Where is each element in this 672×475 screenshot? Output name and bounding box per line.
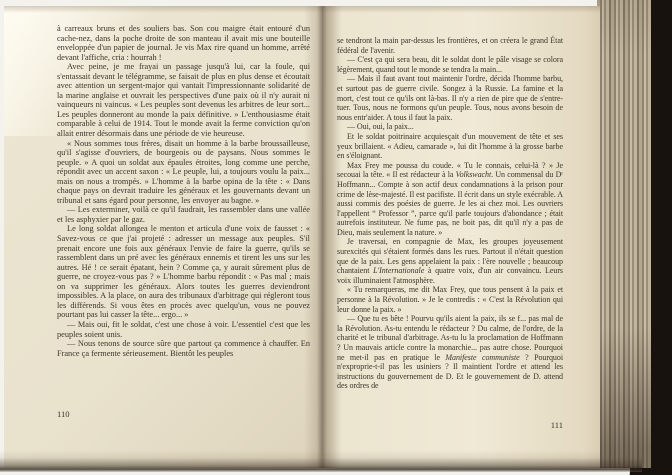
right-page-text: se tendront la main par-dessus les front… — [337, 36, 563, 391]
text-segment: — Oui, oui, la paix... — [347, 122, 414, 131]
text-segment: — Les exterminer, voilà ce qu'il faudrai… — [57, 205, 310, 224]
paragraph: « Nous sommes tous frères, disait un hom… — [57, 139, 310, 206]
text-segment: — Nous tenons de source sûre que partout… — [57, 339, 310, 358]
left-page-text: à carreaux bruns et des souliers bas. So… — [57, 24, 310, 358]
text-segment: « Nous sommes tous frères, disait un hom… — [57, 139, 310, 205]
text-segment: se tendront la main par-dessus les front… — [337, 36, 563, 55]
paragraph: — Les exterminer, voilà ce qu'il faudrai… — [57, 205, 310, 224]
text-segment: . Un commensal du Dʳ Hoffmann... Compte … — [337, 170, 563, 237]
right-page-number: 111 — [337, 420, 563, 430]
paragraph: Le long soldat allongea le menton et art… — [57, 224, 310, 319]
paragraph: Max Frey me poussa du coude. « Tu le con… — [337, 161, 563, 238]
paragraph: — Que tu es bête ! Pourvu qu'ils aient l… — [337, 314, 563, 391]
text-segment: Avec peine, je me frayai un passage jusq… — [57, 62, 310, 138]
text-segment: — Mais il faut avant tout maintenir l'or… — [337, 74, 563, 121]
page-stack-fore-edge — [597, 0, 651, 468]
left-page-number: 110 — [57, 409, 70, 419]
text-segment: à carreaux bruns et des souliers bas. So… — [57, 24, 310, 62]
paragraph: — Mais il faut avant tout maintenir l'or… — [337, 74, 563, 122]
text-segment: Et le soldat poitrinaire acquiesçait d'u… — [337, 132, 563, 160]
italic-text-segment: L'Internationale — [373, 266, 424, 275]
paragraph: — Oui, oui, la paix... — [337, 122, 563, 132]
paragraph: à carreaux bruns et des souliers bas. So… — [57, 24, 310, 62]
text-segment: Le long soldat allongea le menton et art… — [57, 224, 310, 319]
text-segment: — C'est ça qui sera beau, dit le soldat … — [337, 55, 563, 74]
paragraph: Je traversai, en compagnie de Max, les g… — [337, 237, 563, 285]
paragraph: — Mais oui, fit le soldat, c'est une cho… — [57, 320, 310, 339]
paragraph: Avec peine, je me frayai un passage jusq… — [57, 62, 310, 138]
italic-text-segment: Manifeste communiste — [445, 353, 519, 362]
paragraph: — Nous tenons de source sûre que partout… — [57, 339, 310, 358]
paragraph: Et le soldat poitrinaire acquiesçait d'u… — [337, 132, 563, 161]
paragraph: — C'est ça qui sera beau, dit le soldat … — [337, 55, 563, 74]
paragraph: « Tu remarqueras, me dit Max Frey, que t… — [337, 285, 563, 314]
text-segment: — Mais oui, fit le soldat, c'est une cho… — [57, 320, 310, 339]
italic-text-segment: Volkswacht — [456, 170, 492, 179]
book-scan-photo: à carreaux bruns et des souliers bas. So… — [0, 0, 672, 475]
text-segment: « Tu remarqueras, me dit Max Frey, que t… — [337, 285, 563, 313]
paragraph: se tendront la main par-dessus les front… — [337, 36, 563, 55]
